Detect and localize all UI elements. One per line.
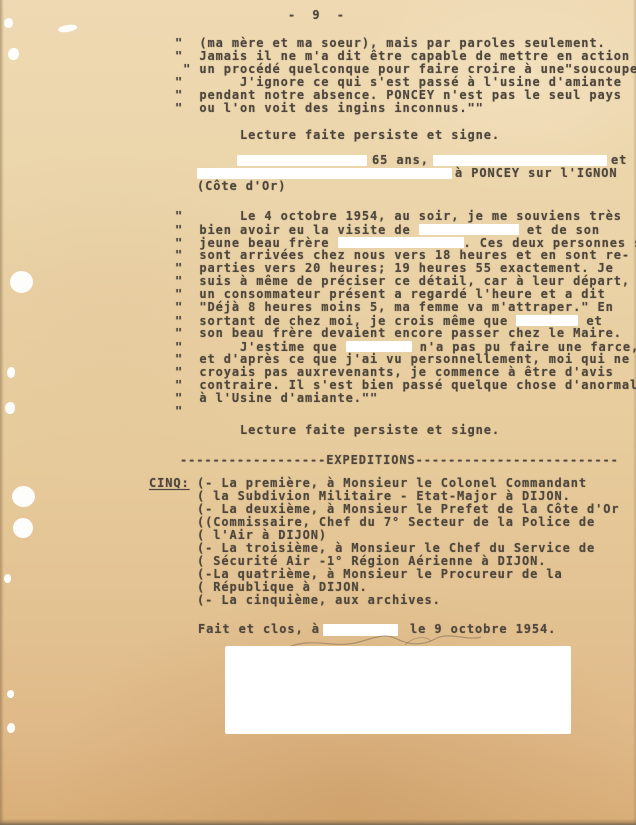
punch-hole — [12, 486, 35, 507]
text-segment: " (ma mère et ma soeur), mais par parole… — [175, 36, 606, 50]
text-segment: " et d'après ce que j'ai vu personnellem… — [175, 352, 630, 366]
text-line: " "Déjà 8 heures moins 5, ma femme va m'… — [175, 301, 636, 314]
deposition2-block: " Le 4 octobre 1954, au soir, je me souv… — [175, 210, 636, 418]
text-segment: (- La deuxième, à Monsieur le Prefet de … — [197, 502, 619, 516]
text-segment: " à l'Usine d'amiante."" — [175, 391, 378, 405]
attestation-place: à PONCEY sur l'IGNON — [455, 167, 618, 180]
text-line: (- La cinquième, aux archives. — [197, 594, 619, 607]
punch-hole — [10, 271, 33, 293]
text-segment: " — [175, 404, 183, 418]
scan-left-edge — [0, 0, 4, 825]
page-number: - 9 - — [288, 9, 345, 22]
text-segment: (- La première, à Monsieur le Colonel Co… — [197, 476, 587, 490]
text-segment: ( Sécurité Air -1° Région Aérienne à DIJ… — [197, 554, 546, 568]
text-segment: et de son — [519, 223, 600, 237]
redaction-box-signature — [225, 646, 571, 734]
text-segment: " "Déjà 8 heures moins 5, ma femme va m'… — [175, 300, 614, 314]
text-segment: " bien avoir eu la visite de — [175, 223, 419, 237]
paper-tear — [5, 402, 15, 414]
attestation-department: (Côte d'Or) — [197, 180, 286, 193]
redaction-box-profession — [433, 155, 607, 166]
text-segment: " croyais pas auxrevenants, je commence … — [175, 365, 614, 379]
paper-tear — [58, 24, 78, 34]
closing-formula-1: Lecture faite persiste et signe. — [240, 129, 500, 142]
paper-tear — [7, 367, 15, 378]
scanned-document-page: - 9 - " (ma mère et ma soeur), mais par … — [0, 0, 636, 825]
text-segment: ( République à DIJON. — [197, 580, 368, 594]
text-line: " bien avoir eu la visite de et de son — [175, 223, 636, 236]
text-segment: " pendant notre absence. PONCEY n'est pa… — [175, 88, 622, 102]
text-segment: " contraire. Il s'est bien passé quelque… — [175, 378, 636, 392]
text-segment: (-La quatrième, à Monsieur le Procureur … — [197, 567, 563, 581]
expeditions-list: (- La première, à Monsieur le Colonel Co… — [197, 477, 619, 607]
text-line: " ou l'on voit des ingins inconnus."" — [175, 102, 636, 115]
redaction-box — [516, 315, 578, 326]
closing-formula-2: Lecture faite persiste et signe. — [240, 424, 500, 437]
text-segment: " un procédé quelconque pour faire croir… — [175, 62, 636, 76]
redaction-box-name — [237, 155, 367, 166]
text-segment: (- La cinquième, aux archives. — [197, 593, 441, 607]
paper-tear — [4, 18, 13, 28]
text-line: " à l'Usine d'amiante."" — [175, 392, 636, 405]
redaction-box — [419, 224, 519, 235]
paper-speck — [7, 723, 15, 733]
text-segment: " parties vers 20 heures; 19 heures 55 e… — [175, 261, 614, 275]
text-segment: " son beau frère devaient encore passer … — [175, 326, 622, 340]
text-segment: " Jamais il ne m'a dit être capable de m… — [175, 49, 636, 63]
text-segment: ( l'Air à DIJON) — [197, 528, 327, 542]
redaction-box — [346, 341, 412, 352]
text-segment: (- La troisième, à Monsieur le Chef du S… — [197, 541, 595, 555]
paper-tear — [8, 48, 19, 60]
text-segment: " ou l'on voit des ingins inconnus."" — [175, 101, 484, 115]
text-line: " — [175, 405, 636, 418]
expeditions-count-heading: CINQ: — [149, 477, 190, 490]
deposition1-block: " (ma mère et ma soeur), mais par parole… — [175, 37, 636, 115]
redaction-box — [338, 237, 464, 248]
scan-bottom-edge — [0, 819, 636, 825]
paper-speck — [7, 690, 14, 698]
redaction-box-address — [197, 168, 452, 179]
text-segment: " Le 4 octobre 1954, au soir, je me souv… — [175, 209, 622, 223]
paper-speck — [4, 574, 11, 583]
text-segment: ((Commissaire, Chef du 7° Secteur de la … — [197, 515, 595, 529]
expeditions-separator: ------------------EXPEDITIONS-----------… — [180, 454, 619, 467]
text-segment: " un consommateur présent a regardé l'he… — [175, 287, 606, 301]
text-segment: " suis à même de préciser ce détail, car… — [175, 274, 630, 288]
text-segment: " J'ignore ce qui s'est passé à l'usine … — [175, 75, 622, 89]
text-line: " Le 4 octobre 1954, au soir, je me souv… — [175, 210, 636, 223]
punch-hole — [13, 518, 33, 538]
attestation-age: 65 ans, — [372, 154, 429, 167]
text-line: " son beau frère devaient encore passer … — [175, 327, 636, 340]
text-segment: ( la Subdivion Militaire - Etat-Major à … — [197, 489, 571, 503]
text-segment: " sont arrivées chez nous vers 18 heures… — [175, 248, 630, 262]
